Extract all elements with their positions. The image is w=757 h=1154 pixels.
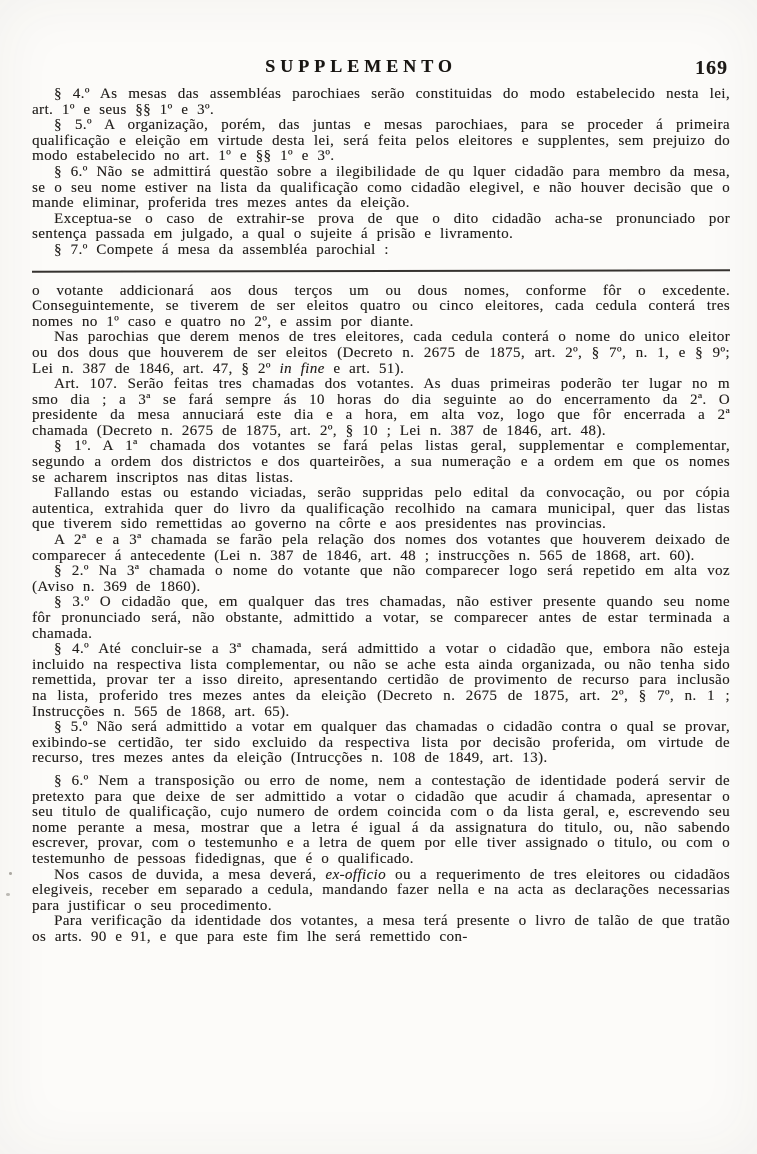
paragraph: Fallando estas ou estando viciadas, serã… xyxy=(32,486,730,533)
text-run: § 5.º A organização, porém, das juntas e… xyxy=(32,117,730,164)
italic-run: in fine xyxy=(279,361,324,377)
paragraph: § 6.º Nem a transposição ou erro de nome… xyxy=(32,774,730,868)
text-run: § 6.º Nem a transposição ou erro de nome… xyxy=(32,773,730,867)
paragraph: § 3.º O cidadão que, em qualquer das tre… xyxy=(32,595,730,642)
paragraph: Art. 107. Serão feitas tres chamadas dos… xyxy=(32,377,730,439)
text-run: § 5.º Não será admittido a votar em qual… xyxy=(32,719,730,766)
text-run: o votante addicionará aos dous terços um… xyxy=(32,283,730,330)
paragraph: Exceptua-se o caso de extrahir-se prova … xyxy=(32,212,730,243)
page-header: SUPPLEMENTO 169 xyxy=(32,56,730,82)
paragraph: § 5.º Não será admittido a votar em qual… xyxy=(32,720,730,767)
text-run: Para verificação da identidade dos votan… xyxy=(32,913,730,945)
text-run: § 6.º Não se admittirá questão sobre a i… xyxy=(32,164,730,211)
paragraph: § 7.º Compete á mesa da assembléa paroch… xyxy=(32,243,730,259)
text-run: Exceptua-se o caso de extrahir-se prova … xyxy=(32,211,730,243)
text-run: Nos casos de duvida, a mesa deverá, xyxy=(54,867,325,883)
text-run: Fallando estas ou estando viciadas, serã… xyxy=(32,485,730,532)
italic-run: ex-officio xyxy=(325,867,386,883)
section-divider-rule xyxy=(32,269,730,272)
text-run: § 7.º Compete á mesa da assembléa paroch… xyxy=(54,242,389,258)
paragraph: § 4.º As mesas das assembléas parochiaes… xyxy=(32,87,730,118)
text-run: § 4.º Até concluir-se a 3ª chamada, será… xyxy=(32,641,730,719)
paragraph: § 5.º A organização, porém, das juntas e… xyxy=(32,118,730,165)
scanned-page: SUPPLEMENTO 169 § 4.º As mesas das assem… xyxy=(0,0,757,1154)
paragraph: § 1º. A 1ª chamada dos votantes se fará … xyxy=(32,439,730,486)
paragraph: A 2ª e a 3ª chamada se farão pela relaçã… xyxy=(32,533,730,564)
paragraph: Para verificação da identidade dos votan… xyxy=(32,914,730,945)
text-run: § 3.º O cidadão que, em qualquer das tre… xyxy=(32,594,730,641)
text-run: § 4.º As mesas das assembléas parochiaes… xyxy=(32,86,730,118)
scan-artifact xyxy=(6,893,10,896)
paragraph: § 2.º Na 3ª chamada o nome do votante qu… xyxy=(32,564,730,595)
paragraph: § 6.º Não se admittirá questão sobre a i… xyxy=(32,165,730,212)
paragraph: Nos casos de duvida, a mesa deverá, ex-o… xyxy=(32,868,730,915)
section-bottom: o votante addicionará aos dous terços um… xyxy=(32,284,730,946)
text-run: § 1º. A 1ª chamada dos votantes se fará … xyxy=(32,438,730,485)
text-run: A 2ª e a 3ª chamada se farão pela relaçã… xyxy=(32,532,730,564)
paragraph: Nas parochias que derem menos de tres el… xyxy=(32,330,730,377)
paragraph: § 4.º Até concluir-se a 3ª chamada, será… xyxy=(32,642,730,720)
text-run: Art. 107. Serão feitas tres chamadas dos… xyxy=(32,376,730,439)
paragraph: o votante addicionará aos dous terços um… xyxy=(32,284,730,331)
text-run: § 2.º Na 3ª chamada o nome do votante qu… xyxy=(32,563,730,595)
section-top: § 4.º As mesas das assembléas parochiaes… xyxy=(32,87,730,259)
text-run: e art. 51). xyxy=(325,361,405,377)
scan-artifact xyxy=(9,872,12,875)
page-number: 169 xyxy=(695,57,728,80)
page-title: SUPPLEMENTO xyxy=(32,56,690,77)
